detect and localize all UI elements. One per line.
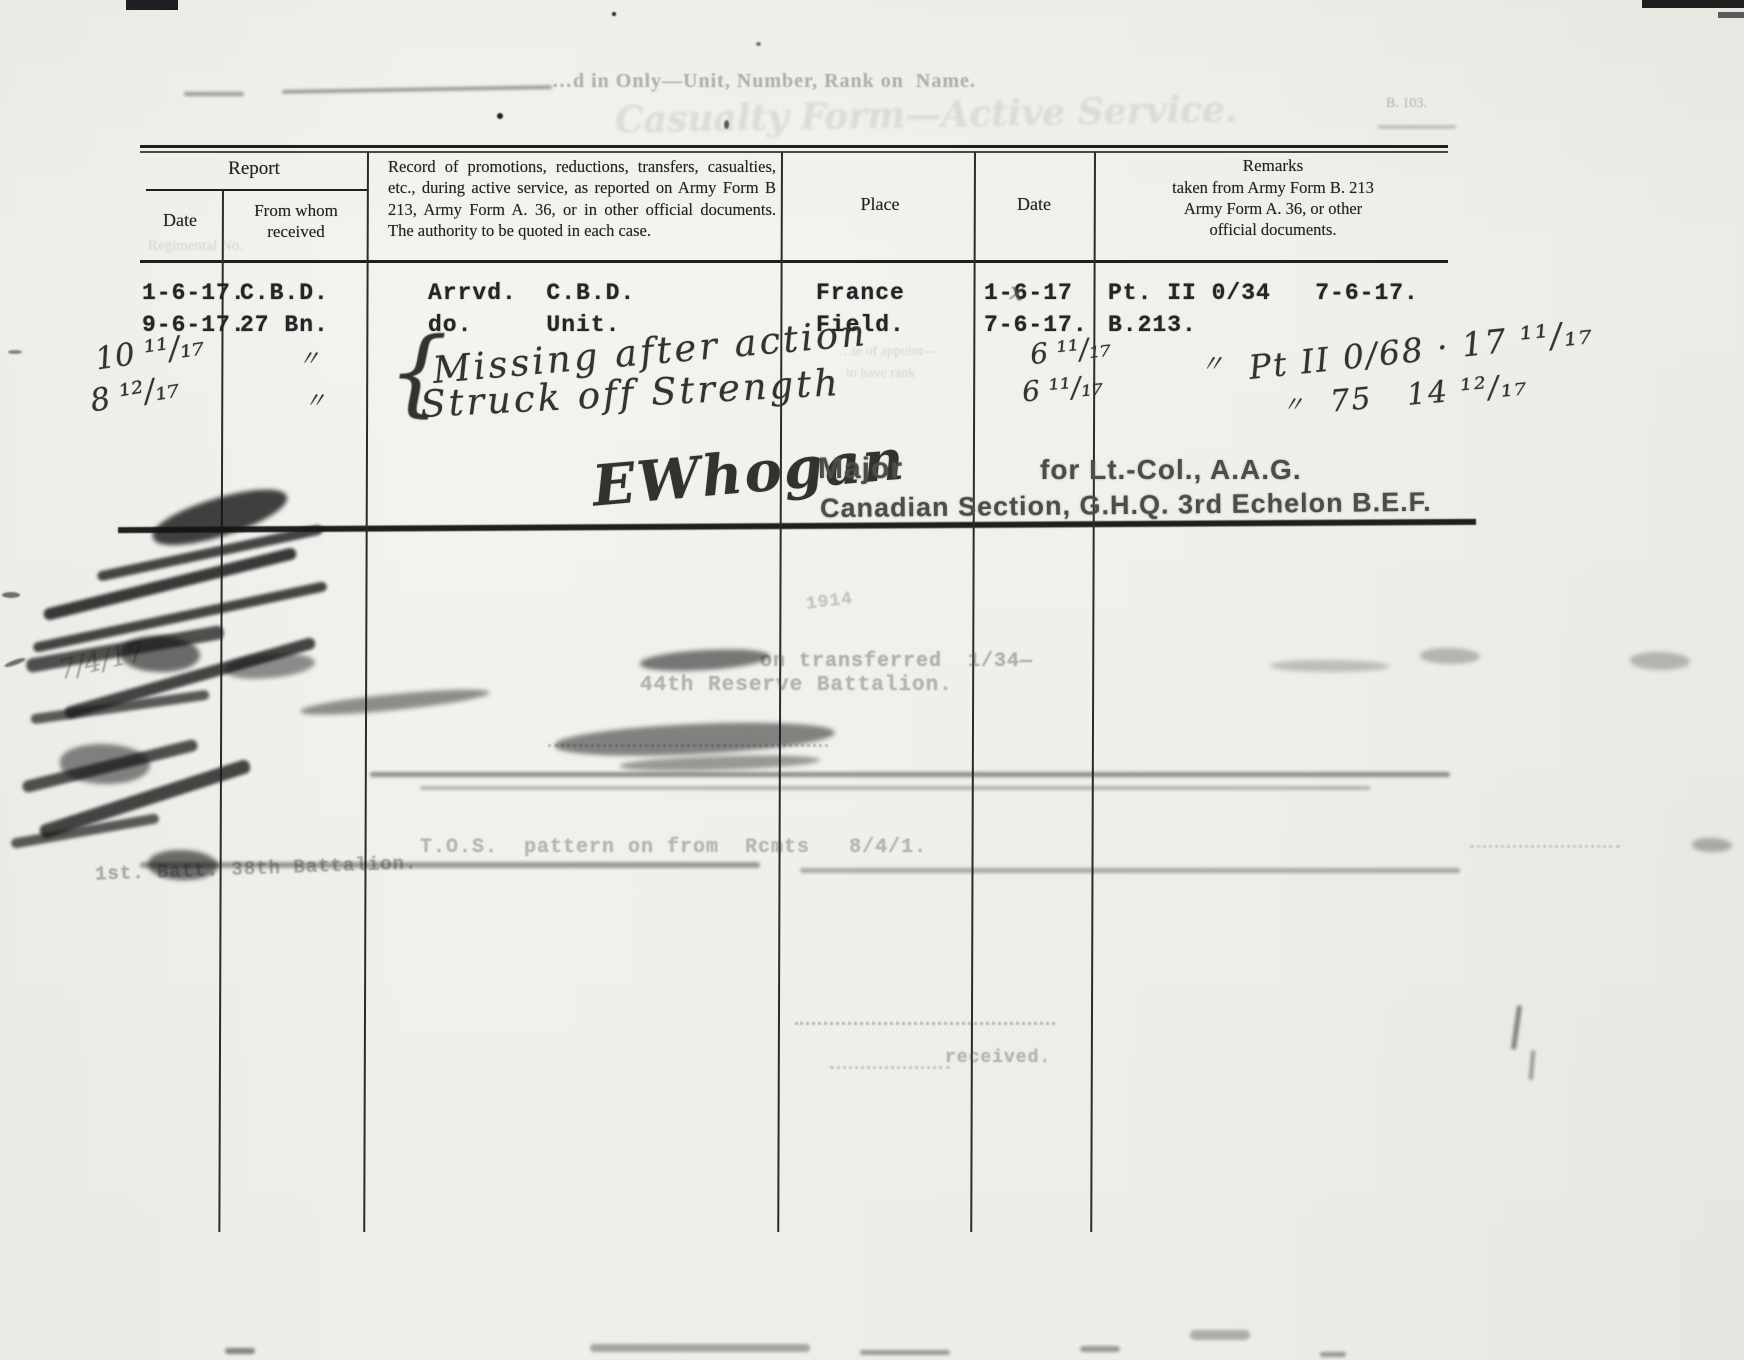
ink-smear bbox=[148, 850, 218, 880]
entry1-report-date: 1-6-17. bbox=[142, 280, 246, 306]
horizontal-smear bbox=[420, 786, 1370, 790]
scanned-casualty-form-page: Report Date From whom received Record of… bbox=[0, 0, 1744, 1360]
header-date2-label: Date bbox=[978, 194, 1090, 215]
header-from-whom-label: From whom received bbox=[226, 200, 366, 243]
ghost-smudge bbox=[1692, 838, 1732, 852]
stamp-rank: Major bbox=[818, 452, 903, 486]
entry1-record: Arrvd. C.B.D. bbox=[428, 280, 635, 306]
header-remarks-line1: Remarks bbox=[1100, 156, 1446, 176]
ink-speck bbox=[724, 120, 729, 129]
ghost-battalion-line: 1st. Batt. 38th Battalion. bbox=[95, 852, 418, 885]
entry1-remarks: Pt. II 0/34 7-6-17. bbox=[1108, 280, 1419, 306]
ink-smudge-center bbox=[554, 717, 835, 762]
ghost-dotted-line bbox=[1470, 845, 1620, 848]
ghost-smudge bbox=[1270, 660, 1390, 672]
entry2-from-whom: 27 Bn. bbox=[240, 312, 329, 338]
ghost-form-title: Casualty Form—Active Service. bbox=[615, 89, 1238, 142]
entry3-remarks-ditto: 〃 bbox=[1200, 344, 1224, 379]
ghost-dotted-line bbox=[548, 744, 828, 747]
entry4-remarks-ditto: 〃 bbox=[1282, 388, 1304, 419]
entry2-remarks: B.213. bbox=[1108, 312, 1197, 338]
entry4-date-handwritten: 6 ¹¹/₁₇ bbox=[1021, 369, 1105, 409]
scan-edge-bar bbox=[126, 0, 178, 10]
scan-edge-bar bbox=[1642, 0, 1744, 8]
horizontal-smear bbox=[800, 868, 1460, 873]
entry4-from-whom-ditto: 〃 bbox=[304, 384, 326, 415]
ghost-top-note: …d in Only—Unit, Number, Rank on Name. bbox=[552, 70, 976, 93]
table-rule-top-a bbox=[140, 145, 1448, 148]
header-record-description: Record of promotions, reductions, transf… bbox=[388, 156, 776, 242]
ink-smear bbox=[120, 636, 200, 672]
bottom-edge-mark bbox=[1190, 1330, 1250, 1340]
bottom-edge-mark bbox=[225, 1348, 255, 1354]
table-rule-top-b bbox=[140, 151, 1448, 153]
ghost-dash bbox=[184, 92, 244, 96]
right-edge-mark bbox=[1511, 1005, 1522, 1050]
header-remarks-line2: taken from Army Form B. 213 bbox=[1100, 178, 1446, 198]
scan-edge-bar bbox=[1718, 12, 1744, 18]
horizontal-smear bbox=[370, 772, 1450, 777]
ink-speck bbox=[4, 656, 26, 668]
ghost-dotted-line bbox=[795, 1022, 1055, 1025]
ink-speck bbox=[2, 592, 20, 598]
ghost-appointment-note: …te of appoint— bbox=[838, 344, 937, 360]
stamp-for-officer: for Lt.-Col., A.A.G. bbox=[1040, 454, 1302, 486]
ghost-received: received. bbox=[945, 1048, 1051, 1068]
header-remarks-line3: Army Form A. 36, or other bbox=[1100, 199, 1446, 219]
ghost-smudge bbox=[1630, 652, 1690, 670]
column-line-report-record bbox=[363, 152, 369, 1232]
ink-smear bbox=[60, 744, 150, 784]
ink-smudge-row bbox=[639, 645, 770, 674]
ghost-taken-on-strength-line: T.O.S. pattern on from Rcmts 8/4/1. bbox=[420, 836, 927, 859]
ink-smudge-row bbox=[224, 649, 316, 682]
ghost-reserve-battalion-line: 44th Reserve Battalion. bbox=[640, 674, 953, 697]
bottom-edge-mark bbox=[860, 1350, 950, 1355]
report-underline bbox=[146, 189, 368, 191]
header-place-label: Place bbox=[790, 194, 970, 215]
right-edge-mark bbox=[1529, 1050, 1536, 1080]
entry1-from-whom: C.B.D. bbox=[240, 280, 329, 306]
header-report-label: Report bbox=[140, 158, 368, 180]
bottom-edge-mark bbox=[590, 1344, 810, 1352]
bottom-edge-mark bbox=[1080, 1346, 1120, 1352]
ghost-transferred-line: on transferred 1/34— bbox=[760, 650, 1033, 673]
ghost-regimental-no: Regimental No. bbox=[148, 238, 243, 255]
ink-speck bbox=[612, 12, 616, 16]
header-bottom-rule bbox=[140, 260, 1448, 263]
horizontal-smear bbox=[140, 862, 760, 868]
ink-smudge-center bbox=[620, 753, 820, 774]
column-line-place-date bbox=[970, 152, 976, 1232]
header-date-label: Date bbox=[138, 210, 222, 231]
entry3-from-whom-ditto: 〃 bbox=[298, 342, 320, 373]
ghost-to-have-rank: to have rank bbox=[846, 366, 915, 382]
entry1-place: France bbox=[816, 280, 905, 306]
ink-speck bbox=[8, 350, 22, 354]
ghost-dash bbox=[1378, 126, 1456, 128]
column-line-date-remarks bbox=[1090, 152, 1096, 1232]
bottom-edge-mark bbox=[1320, 1352, 1346, 1357]
header-remarks-line4: official documents. bbox=[1100, 220, 1446, 240]
entry1-date: 1-6-17 bbox=[984, 280, 1073, 306]
ghost-dash bbox=[282, 86, 552, 94]
ghost-smudge bbox=[1420, 648, 1480, 664]
ghost-form-ref: B. 103. bbox=[1386, 96, 1427, 112]
stamp-unit: Canadian Section, G.H.Q. 3rd Echelon B.E… bbox=[820, 487, 1432, 524]
column-line-date-fromwhom bbox=[218, 189, 224, 1232]
ghost-dotted-line bbox=[830, 1066, 950, 1069]
ink-speck bbox=[756, 42, 761, 46]
ink-speck bbox=[497, 113, 503, 119]
entry3-date-handwritten: 6 ¹¹/₁₇ bbox=[1028, 330, 1112, 371]
ghost-year: 1914 bbox=[805, 589, 854, 615]
ink-smudge-row bbox=[300, 684, 491, 720]
entry3-report-date-handwritten: 10 ¹¹/₁₇ bbox=[93, 327, 206, 378]
